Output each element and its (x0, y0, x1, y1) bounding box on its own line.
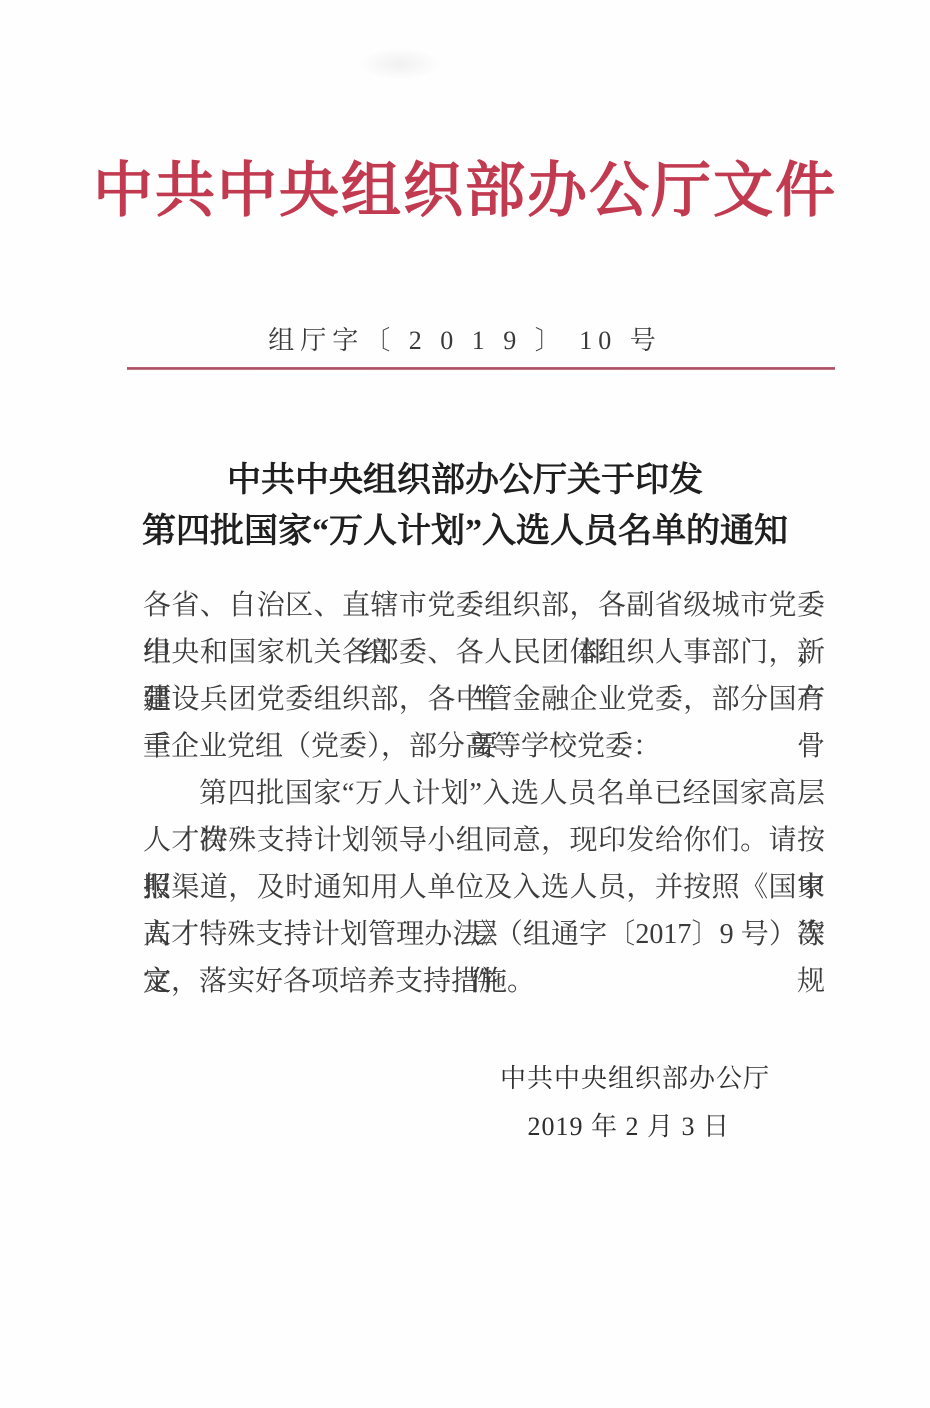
body-line: 人才特殊支持计划领导小组同意，现印发给你们。请按照申 (143, 817, 825, 864)
signature-date: 2019 年 2 月 3 日 (527, 1106, 730, 1143)
body-line: 报渠道，及时通知用人单位及入选人员，并按照《国家高层次 (143, 864, 825, 911)
document-body: 各省、自治区、直辖市党委组织部，各副省级城市党委组织部， 中央和国家机关各部委、… (143, 582, 825, 1005)
salutation-line: 中央和国家机关各部委、各人民团体组织人事部门，新疆生产 (143, 629, 825, 676)
salutation-line: 各省、自治区、直辖市党委组织部，各副省级城市党委组织部， (143, 582, 825, 629)
body-line: 第四批国家“万人计划”入选人员名单已经国家高层次 (143, 770, 825, 817)
document-title-line2: 第四批国家“万人计划”入选人员名单的通知 (0, 503, 930, 552)
document-page: 中共中央组织部办公厅文件 组厅字〔 2 0 1 9 〕 10 号 中共中央组织部… (0, 0, 930, 1408)
letterhead-title: 中共中央组织部办公厅文件 (0, 143, 930, 229)
document-title-line1: 中共中央组织部办公厅关于印发 (0, 452, 930, 501)
scan-artifact (360, 48, 440, 80)
document-number: 组厅字〔 2 0 1 9 〕 10 号 (0, 320, 930, 357)
signature-org: 中共中央组织部办公厅 (500, 1058, 770, 1095)
red-divider-line (127, 367, 835, 370)
salutation-line: 建设兵团党委组织部，各中管金融企业党委，部分国有重要骨 (143, 676, 825, 723)
body-line: 人才特殊支持计划管理办法》（组通字〔2017〕9 号）等文件规 (143, 911, 825, 958)
